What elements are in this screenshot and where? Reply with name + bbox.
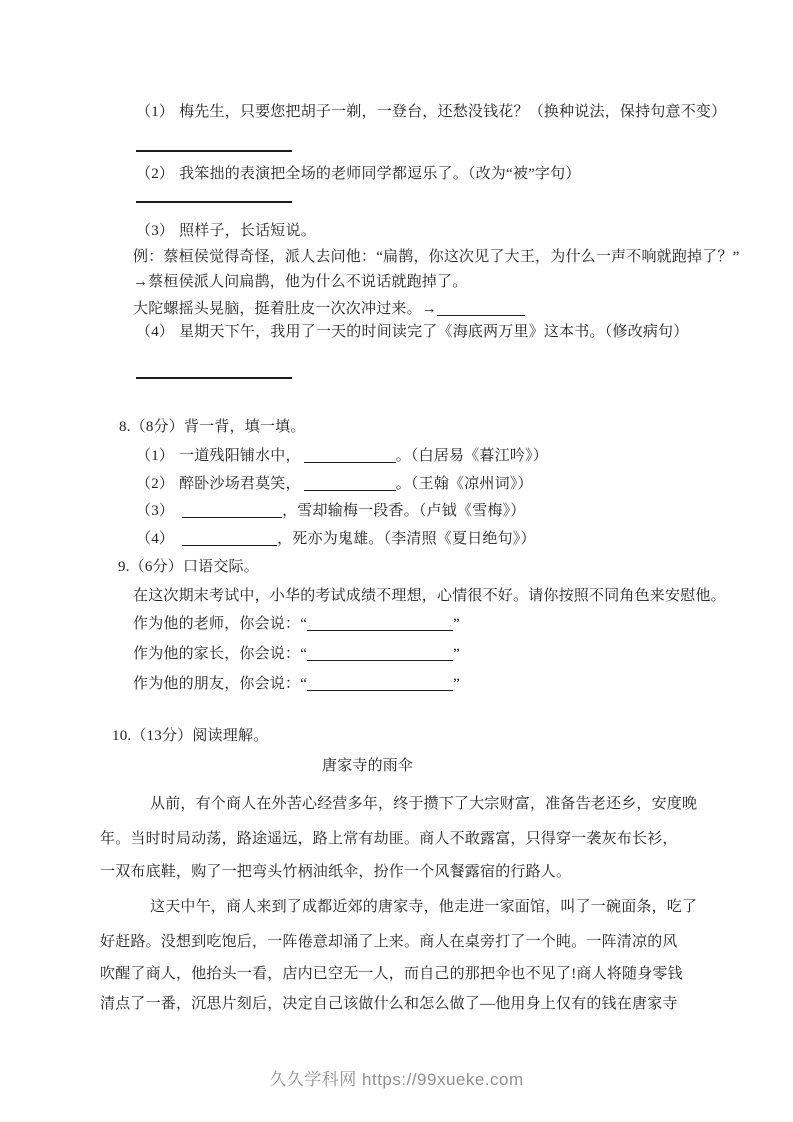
- q8-item2-pre: 醉卧沙场君莫笑，: [179, 476, 301, 492]
- q7-sub1-answer-blank[interactable]: [136, 150, 292, 152]
- q9-intro: 在这次期末考试中，小华的考试成绩不理想，心情很不好。请你按照不同角色来安慰他。: [133, 588, 726, 605]
- q9-heading: 9.（6分）口语交际。: [118, 559, 259, 576]
- q10-para1-line3: 一双布底鞋，购了一把弯头竹柄油纸伞，扮作一个风餐露宿的行路人。: [100, 864, 571, 881]
- q10-para2-line4: 清点了一番，沉思片刻后，决定自己该做什么和怎么做了—他用身上仅有的钱在唐家寺: [100, 996, 678, 1013]
- q8-item2-line: （2）醉卧沙场君莫笑，。（王翰《凉州词》）: [136, 476, 533, 493]
- q8-item4-answer-blank[interactable]: [182, 532, 277, 546]
- q7-exercise-answer-blank[interactable]: [437, 302, 525, 316]
- q8-heading: 8.（8分）背一背，填一填。: [119, 419, 306, 436]
- q10-para2-line3: 吹醒了商人，他抬头一看，店内已空无一人，而自己的那把伞也不见了!商人将随身零钱: [100, 966, 683, 983]
- q9-role3-answer-blank[interactable]: [307, 677, 453, 691]
- q10-passage-title: 唐家寺的雨伞: [322, 758, 413, 775]
- watermark-footer: 久久学科网 https://99xueke.com: [0, 1065, 793, 1090]
- q9-role2-line: 作为他的家长，你会说：“”: [133, 646, 460, 663]
- q9-role1-pre: 作为他的老师，你会说：“: [133, 616, 307, 632]
- q7-sub1-text: 梅先生，只要您把胡子一剃，一登台，还愁没钱花？（换种说法，保持句意不变）: [179, 104, 726, 120]
- q9-role1-post: ”: [453, 616, 460, 632]
- q8-item4-line: （4），死亦为鬼雄。（李清照《夏日绝句》）: [136, 531, 536, 548]
- q10-heading: 10.（13分）阅读理解。: [112, 728, 268, 745]
- q7-example-line: 例：蔡桓侯觉得奇怪，派人去问他：“扁鹊，你这次见了大王，为什么一声不响就跑掉了？…: [133, 249, 740, 266]
- q9-role3-post: ”: [453, 676, 460, 692]
- q7-sub2-text: 我笨拙的表演把全场的老师同学都逗乐了。（改为“被”字句）: [179, 166, 580, 182]
- q8-item4-post: ，死亦为鬼雄。（李清照《夏日绝句》）: [277, 531, 536, 547]
- q8-item1-answer-blank[interactable]: [304, 449, 396, 463]
- q8-item2-post: 。（王翰《凉州词》）: [396, 476, 533, 492]
- q7-exercise-text: 大陀螺摇头晃脑，挺着肚皮一次次冲过来。→: [133, 301, 437, 317]
- q7-sub2-line: （2）我笨拙的表演把全场的老师同学都逗乐了。（改为“被”字句）: [136, 166, 581, 183]
- q8-item1-pre: 一道残阳铺水中，: [179, 448, 301, 464]
- q7-sub1-label: （1）: [136, 104, 174, 120]
- q8-item2-label: （2）: [136, 476, 174, 492]
- q9-role1-line: 作为他的老师，你会说：“”: [133, 616, 460, 633]
- q8-item2-answer-blank[interactable]: [304, 477, 396, 491]
- q8-item3-line: （3），雪却输梅一段香。（卢钺《雪梅》）: [136, 503, 526, 520]
- q9-role3-pre: 作为他的朋友，你会说：“: [133, 676, 307, 692]
- q8-item3-answer-blank[interactable]: [182, 504, 282, 518]
- q7-exercise-line: 大陀螺摇头晃脑，挺着肚皮一次次冲过来。→: [133, 301, 525, 318]
- q8-item1-label: （1）: [136, 448, 174, 464]
- q7-example-answer-line: →蔡桓侯派人问扁鹊，他为什么不说话就跑掉了。: [133, 274, 467, 291]
- q10-para1-line2: 年。当时时局动荡，路途遥远，路上常有劫匪。商人不敢露富，只得穿一袭灰布长衫，: [100, 831, 678, 848]
- q9-role1-answer-blank[interactable]: [307, 617, 453, 631]
- q8-item4-label: （4）: [136, 531, 174, 547]
- q8-item3-label: （3）: [136, 503, 174, 519]
- q10-para2-line2: 好赶路。没想到吃饱后，一阵倦意却涌了上来。商人在桌旁打了一个盹。一阵清凉的风: [100, 934, 678, 951]
- q7-sub4-answer-blank[interactable]: [136, 377, 292, 379]
- q7-sub1-line: （1）梅先生，只要您把胡子一剃，一登台，还愁没钱花？（换种说法，保持句意不变）: [136, 104, 726, 121]
- q7-sub4-label: （4）: [136, 324, 174, 340]
- exam-page: （1）梅先生，只要您把胡子一剃，一登台，还愁没钱花？（换种说法，保持句意不变） …: [0, 0, 793, 1122]
- q7-sub2-answer-blank[interactable]: [136, 201, 292, 203]
- q7-sub4-text: 星期天下午，我用了一天的时间读完了《海底两万里》这本书。（修改病句）: [179, 324, 688, 340]
- q7-sub4-line: （4）星期天下午，我用了一天的时间读完了《海底两万里》这本书。（修改病句）: [136, 324, 688, 341]
- q9-role2-pre: 作为他的家长，你会说：“: [133, 646, 307, 662]
- q7-sub3-text: 照样子，长话短说。: [179, 223, 316, 239]
- q7-sub3-label: （3）: [136, 223, 174, 239]
- q8-item1-line: （1）一道残阳铺水中，。（白居易《暮江吟》）: [136, 448, 548, 465]
- q9-role2-post: ”: [453, 646, 460, 662]
- q8-item1-post: 。（白居易《暮江吟》）: [396, 448, 548, 464]
- q10-para2-line1: 这天中午，商人来到了成都近郊的唐家寺，他走进一家面馆，叫了一碗面条，吃了: [150, 899, 697, 916]
- q7-sub3-line: （3）照样子，长话短说。: [136, 223, 316, 240]
- q10-para1-line1: 从前，有个商人在外苦心经营多年，终于攒下了大宗财富，准备告老还乡，安度晚: [150, 796, 697, 813]
- q9-role2-answer-blank[interactable]: [307, 647, 453, 661]
- q8-item3-post: ，雪却输梅一段香。（卢钺《雪梅》）: [282, 503, 525, 519]
- q7-sub2-label: （2）: [136, 166, 174, 182]
- q9-role3-line: 作为他的朋友，你会说：“”: [133, 676, 460, 693]
